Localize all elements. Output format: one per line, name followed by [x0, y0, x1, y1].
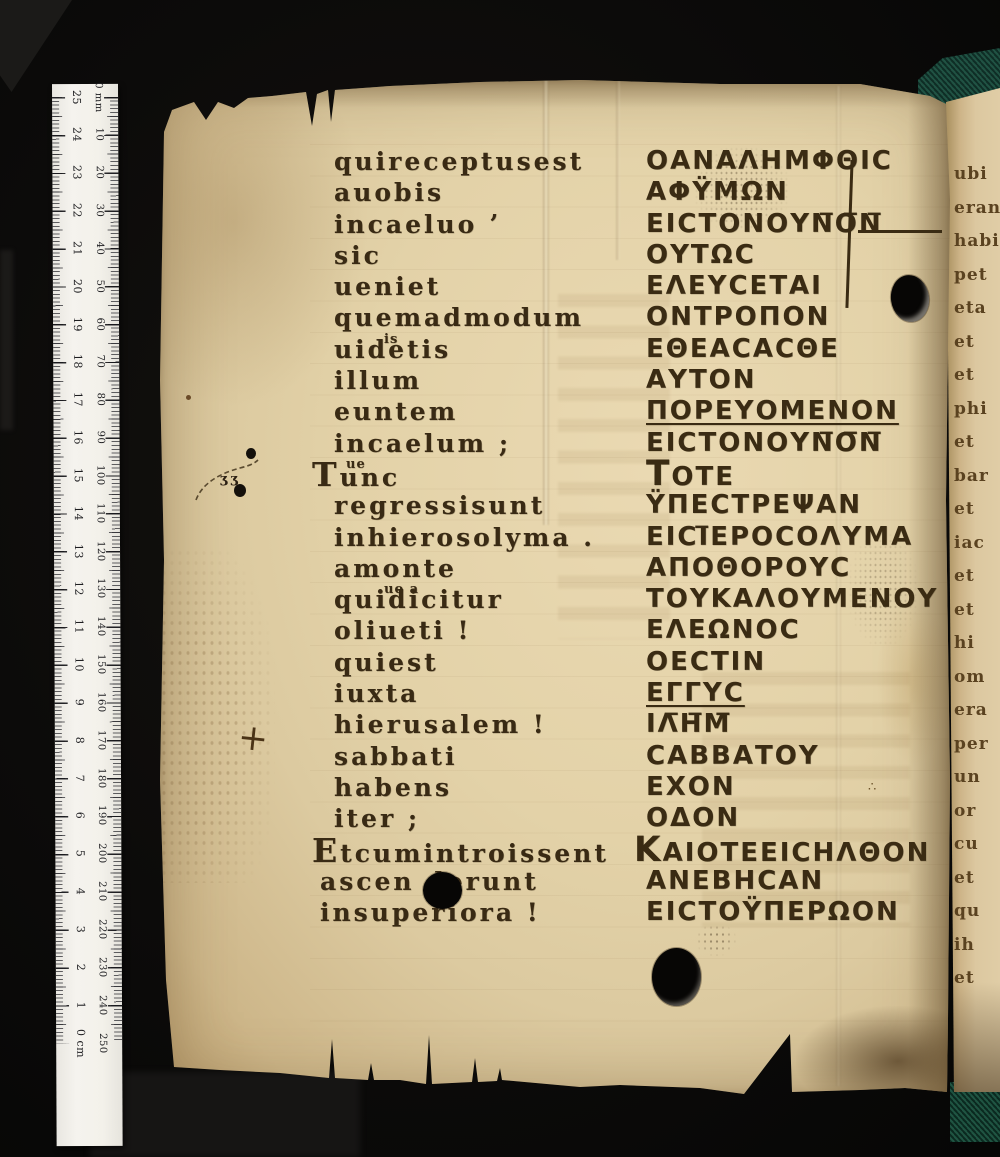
- ruler-mm-label: 230: [91, 959, 114, 975]
- facing-page-text-fragments: ubieranhabipetetaetetphietbaretiacetethi…: [954, 158, 1000, 996]
- ruler-mm-label: 50: [88, 278, 111, 294]
- ruler-mm-label: 90: [89, 429, 112, 445]
- text-fragment: pet: [954, 259, 1000, 293]
- greek-line: ΑΝΕΒΗϹΑΝ: [646, 866, 938, 897]
- ruler-mm-label: 150: [89, 656, 112, 672]
- ruler-mm-label: 140: [89, 619, 112, 635]
- text-fragment: per: [954, 728, 1000, 762]
- ruler-mm-label: 220: [91, 921, 114, 937]
- text-fragment: et: [954, 426, 1000, 460]
- greek-line: ΠΟΡΕΥΟΜΕΝΟΝ: [646, 396, 938, 427]
- measuring-ruler: 2524232221201918171615141312111098765432…: [52, 84, 123, 1146]
- latin-line: habens: [334, 772, 609, 803]
- greek-line: ΟΕϹΤΙΝ: [646, 647, 938, 678]
- greek-line: ΕΙϹΤΟΝΟΥΝ̅Ο̅Ν̅: [646, 428, 938, 459]
- backdrop-under-page-shadow: [90, 1072, 360, 1157]
- text-fragment: eta: [954, 292, 1000, 326]
- latin-line: uo a quidicitur: [334, 584, 609, 615]
- text-fragment: eran: [954, 192, 1000, 226]
- ruler-mm-label: 80: [88, 392, 111, 408]
- ink-blob: [246, 448, 256, 459]
- ruler-mm-label: 250: [91, 1035, 114, 1051]
- ink-dot: [186, 395, 191, 400]
- greek-line: ΕΓΓΥϹ: [646, 678, 938, 709]
- text-fragment: or: [954, 795, 1000, 829]
- ruler-mm-label: 70: [88, 354, 111, 370]
- text-fragment: et: [954, 862, 1000, 896]
- greek-line: ΑΥΤΟΝ: [646, 365, 938, 396]
- ruler-mm-label: 60: [88, 316, 111, 332]
- greek-line: ΤΟΥΚΑΛΟΥΜΕΝΟΥ: [646, 584, 938, 615]
- latin-line: euntem: [334, 396, 609, 427]
- text-fragment: phi: [954, 393, 1000, 427]
- latin-line: incaelum ;: [334, 428, 609, 459]
- greek-line: ΕΧΟΝ: [646, 772, 938, 803]
- parchment-hole: [423, 872, 462, 909]
- ruler-mm-label: 200: [90, 846, 113, 862]
- text-fragment: bar: [954, 460, 1000, 494]
- ruler-mm-label: 0 mm: [87, 89, 110, 105]
- ruler-mm-label: 100: [89, 467, 112, 483]
- ruler-mm-label: 180: [90, 770, 113, 786]
- parchment-follicle-texture: [160, 548, 275, 883]
- ruler-mm-label: 20: [87, 165, 110, 181]
- latin-line: Etcumintroissent: [312, 835, 609, 866]
- backdrop-cloth-fold: [0, 0, 72, 92]
- latin-line: is uidetis: [334, 334, 609, 365]
- latin-line: auobis: [334, 177, 609, 208]
- text-fragment: ih: [954, 929, 1000, 963]
- parchment-crease: [616, 80, 620, 260]
- latin-text-column: quireceptusest auobis incaeluo ʼ sic uen…: [334, 146, 609, 928]
- margin-cross-mark: +: [236, 717, 270, 761]
- latin-line: sic: [334, 240, 609, 271]
- text-fragment: om: [954, 661, 1000, 695]
- greek-line: ΟΑΝΑΛΗΜΦΘΙϹ: [646, 146, 938, 177]
- greek-line: ΕΛΕΩΝΟϹ: [646, 615, 938, 646]
- interlinear-correction: ue: [346, 449, 366, 480]
- latin-line: illum: [334, 365, 609, 396]
- latin-line: amonte: [334, 553, 609, 584]
- greek-line: ΚΑΙΟΤΕΕΙϹΗΛΘΟΝ: [634, 835, 938, 866]
- text-fragment: iac: [954, 527, 1000, 561]
- ruler-mm-label: 30: [88, 202, 111, 218]
- latin-line: incaeluo ʼ: [334, 209, 609, 240]
- greek-line: ΟΔΟΝ: [646, 803, 938, 834]
- ruler-mm-label: 160: [90, 694, 113, 710]
- greek-line: ΤΟΤΕ: [646, 459, 938, 490]
- latin-line: iter ;: [334, 803, 609, 834]
- latin-line: ascen derunt: [320, 866, 609, 897]
- greek-line: ΕΙϹΙ̅ΕΡΟϹΟΛΥΜΑ: [646, 522, 938, 553]
- greek-line: ΕΘΕΑϹΑϹΘΕ: [646, 334, 938, 365]
- text-fragment: un: [954, 761, 1000, 795]
- text-fragment: ubi: [954, 158, 1000, 192]
- greek-text-column: ΟΑΝΑΛΗΜΦΘΙϹ ΑΦΫΜΩΝ ΕΙϹΤΟΝΟΥΝ̅Ο̅Ν̅ ΟΥΤΩϹ …: [646, 146, 938, 928]
- text-fragment: et: [954, 560, 1000, 594]
- manuscript-page: ʒʒ + ∴ quireceptusest auobis incaeluo ʼ …: [160, 80, 950, 1096]
- text-fragment: et: [954, 962, 1000, 996]
- greek-line: ΕΙϹΤΟΫΠΕΡΩΟΝ: [646, 897, 938, 928]
- latin-line: ue Tunc: [312, 459, 609, 490]
- text-fragment: habi: [954, 225, 1000, 259]
- latin-line: sabbati: [334, 741, 609, 772]
- latin-line: inhierosolyma .: [334, 522, 609, 553]
- ruler-mm-label: 120: [89, 543, 112, 559]
- facing-page-edge: ubieranhabipetetaetetphietbaretiacetethi…: [946, 88, 1000, 1092]
- greek-line: ΑΠΟΘΟΡΟΥϹ: [646, 553, 938, 584]
- latin-line: hierusalem !: [334, 709, 609, 740]
- greek-line: ϹΑΒΒΑΤΟΥ: [646, 741, 938, 772]
- manuscript-photo-stage: 2524232221201918171615141312111098765432…: [0, 0, 1000, 1157]
- latin-line: quireceptusest: [334, 146, 609, 177]
- greek-line: ΟΥΤΩϹ: [646, 240, 938, 271]
- text-fragment: et: [954, 493, 1000, 527]
- text-fragment: et: [954, 326, 1000, 360]
- latin-line: insuperiora !: [320, 897, 609, 928]
- greek-line: ΫΠΕϹΤΡΕΨΑΝ: [646, 490, 938, 521]
- ruler-mm-label: 240: [91, 997, 114, 1013]
- ruler-mm-label: 40: [88, 240, 111, 256]
- ruler-mm-labels: 0 mm102030405060708090100110120130140150…: [52, 84, 123, 1146]
- text-fragment: et: [954, 594, 1000, 628]
- ruler-mm-label: 210: [90, 884, 113, 900]
- ruler-mm-label: 10: [87, 127, 110, 143]
- latin-line: oliueti !: [334, 615, 609, 646]
- latin-line: regressisunt: [334, 490, 609, 521]
- ruler-mm-label: 110: [89, 505, 112, 521]
- text-fragment: hi: [954, 627, 1000, 661]
- ruler-mm-label: 130: [89, 581, 112, 597]
- parchment-hole: [652, 948, 701, 1006]
- ruler-mm-label: 170: [90, 732, 113, 748]
- greek-line: ΑΦΫΜΩΝ: [646, 177, 938, 208]
- interlinear-correction: uo a: [384, 574, 419, 605]
- latin-line: ueniet: [334, 271, 609, 302]
- ruler-mm-label: 190: [90, 808, 113, 824]
- text-fragment: et: [954, 359, 1000, 393]
- text-fragment: era: [954, 694, 1000, 728]
- text-fragment: qu: [954, 895, 1000, 929]
- latin-line: quemadmodum: [334, 302, 609, 333]
- latin-line: quiest: [334, 647, 609, 678]
- interlinear-correction: is: [384, 324, 398, 355]
- backdrop-shade-band: [0, 250, 13, 430]
- greek-line: ΕΙϹΤΟΝΟΥΝ̅Ο̅Ν̅: [646, 209, 938, 240]
- text-fragment: cu: [954, 828, 1000, 862]
- ink-blob: [234, 484, 246, 497]
- greek-line: ΙΛ̅Η̅Μ̅: [646, 709, 938, 740]
- latin-line: iuxta: [334, 678, 609, 709]
